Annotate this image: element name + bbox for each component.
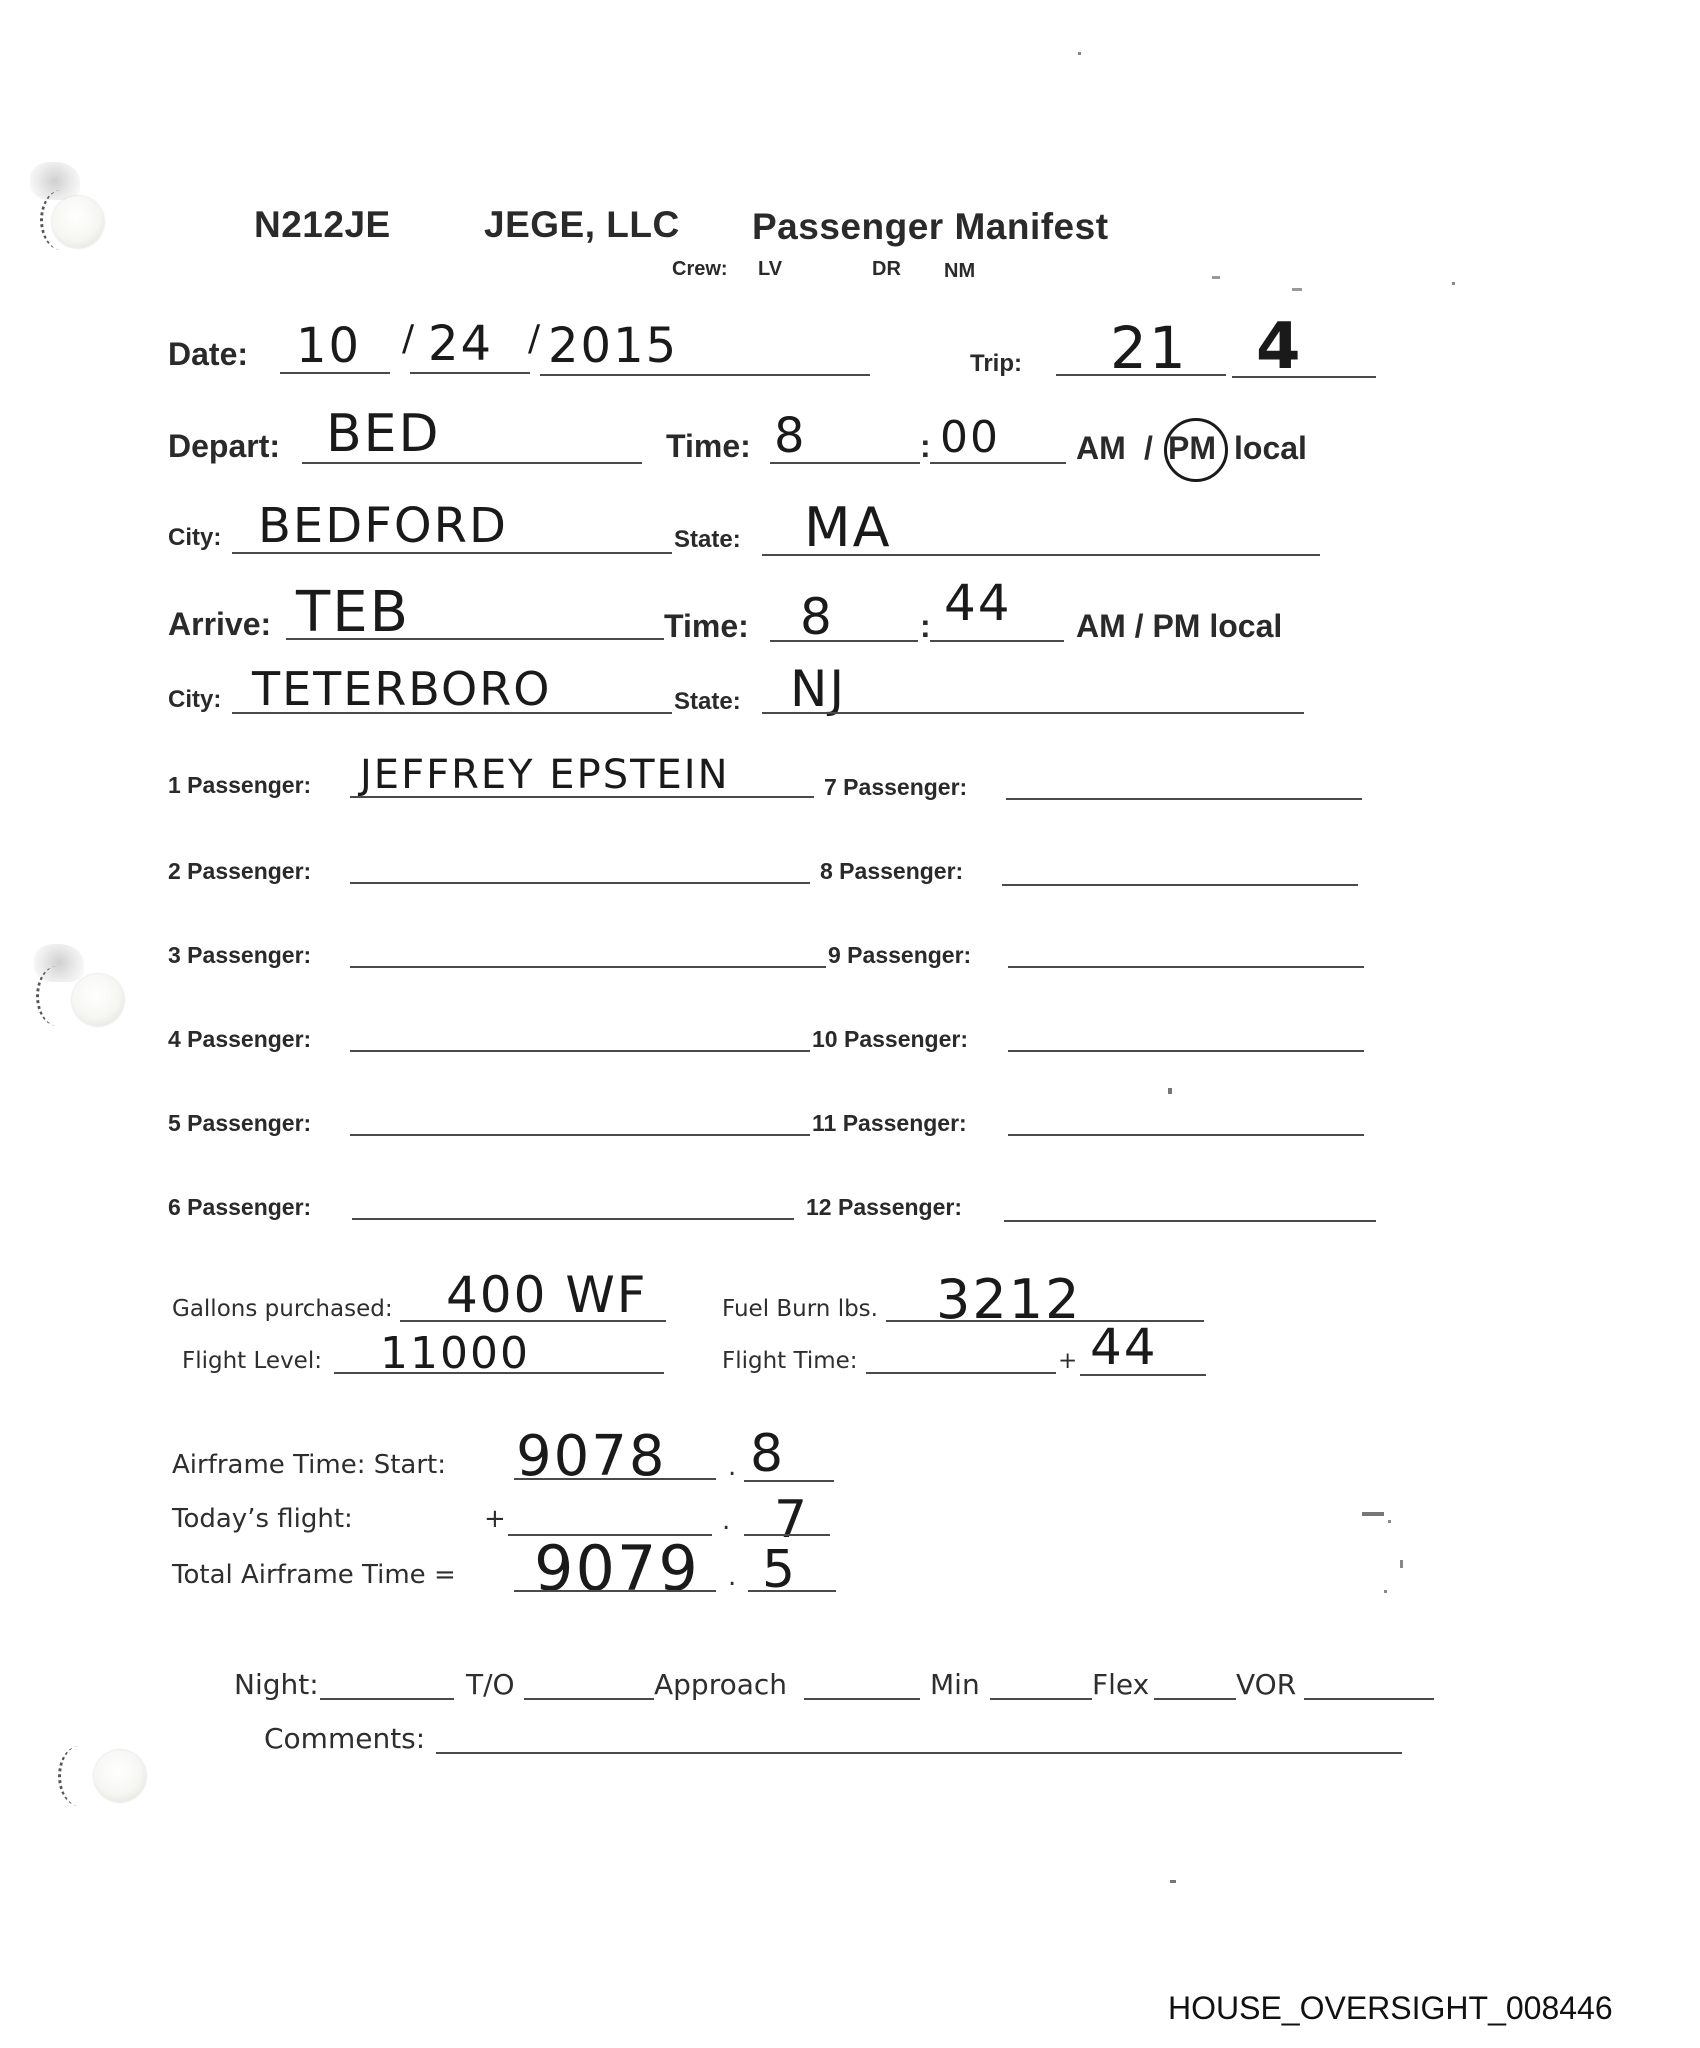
depart-label: Depart: xyxy=(168,428,280,465)
trip-label: Trip: xyxy=(970,350,1022,378)
takeoff-label: T/O xyxy=(466,1668,515,1701)
company-name: JEGE, LLC xyxy=(484,204,680,246)
arrive-airport[interactable]: TEB xyxy=(296,580,410,645)
crew-member: LV xyxy=(758,258,782,281)
arrive-ampm-label[interactable]: AM / PM local xyxy=(1076,608,1282,645)
depart-am-label[interactable]: AM xyxy=(1076,430,1126,467)
todays-flight-plus: + xyxy=(484,1504,506,1534)
airframe-start-tenths[interactable]: 8 xyxy=(750,1424,785,1484)
crew-member: NM xyxy=(944,260,975,283)
passenger-label: 4 Passenger: xyxy=(168,1026,311,1053)
pm-selected-circle xyxy=(1164,418,1228,482)
arrive-state-label: State: xyxy=(674,688,741,716)
flight-time-minutes[interactable]: 44 xyxy=(1090,1318,1158,1376)
punch-hole xyxy=(94,1750,146,1802)
form-title: Passenger Manifest xyxy=(752,206,1109,248)
punch-hole xyxy=(52,196,104,248)
total-airframe-label: Total Airframe Time = xyxy=(172,1560,456,1590)
depart-hour[interactable]: 8 xyxy=(774,408,807,464)
passenger-label: 2 Passenger: xyxy=(168,858,311,885)
date-year[interactable]: 2015 xyxy=(548,318,678,374)
night-label: Night: xyxy=(234,1668,319,1701)
passenger-label: 6 Passenger: xyxy=(168,1194,311,1221)
depart-airport[interactable]: BED xyxy=(326,404,441,464)
approach-field[interactable] xyxy=(804,1698,920,1700)
date-month[interactable]: 10 xyxy=(296,318,361,374)
depart-state-label: State: xyxy=(674,526,741,554)
flex-field[interactable] xyxy=(1154,1698,1236,1700)
flex-label: Flex xyxy=(1092,1668,1149,1701)
night-field[interactable] xyxy=(320,1698,454,1700)
punch-hole xyxy=(72,974,124,1026)
depart-minute[interactable]: 00 xyxy=(940,412,1000,463)
total-airframe-whole[interactable]: 9079 xyxy=(534,1532,700,1605)
passenger-label: 9 Passenger: xyxy=(828,942,971,969)
gallons-label: Gallons purchased: xyxy=(172,1296,393,1322)
airframe-start-label: Airframe Time: Start: xyxy=(172,1450,446,1480)
bates-number: HOUSE_OVERSIGHT_008446 xyxy=(1168,1990,1613,2027)
trip-number-part1[interactable]: 21 xyxy=(1110,314,1188,382)
date-label: Date: xyxy=(168,336,248,373)
passenger-label: 8 Passenger: xyxy=(820,858,963,885)
passenger-label: 7 Passenger: xyxy=(824,774,967,801)
crew-member: DR xyxy=(872,258,901,281)
passenger-label: 5 Passenger: xyxy=(168,1110,311,1137)
vor-label: VOR xyxy=(1236,1668,1296,1701)
depart-time-label: Time: xyxy=(666,428,751,465)
tail-number: N212JE xyxy=(254,204,391,246)
arrive-minute[interactable]: 44 xyxy=(944,574,1012,632)
crew-label: Crew: xyxy=(672,258,728,281)
vor-field[interactable] xyxy=(1304,1698,1434,1700)
arrive-time-label: Time: xyxy=(664,608,749,645)
fuel-burn-label: Fuel Burn lbs. xyxy=(722,1296,878,1322)
flight-time-label: Flight Time: xyxy=(722,1348,858,1374)
passenger-label: 1 Passenger: xyxy=(168,772,311,799)
comments-field[interactable] xyxy=(436,1752,1402,1754)
passenger-label: 11 Passenger: xyxy=(812,1110,967,1137)
gallons-purchased[interactable]: 400 WF xyxy=(446,1266,648,1324)
min-label: Min xyxy=(930,1668,980,1701)
date-day[interactable]: 24 xyxy=(428,316,493,372)
trip-number-part2[interactable]: 4 xyxy=(1256,310,1303,384)
approach-label: Approach xyxy=(654,1668,787,1701)
depart-state[interactable]: MA xyxy=(804,496,892,559)
arrive-hour[interactable]: 8 xyxy=(800,588,834,646)
passenger-label: 3 Passenger: xyxy=(168,942,311,969)
depart-local-label: local xyxy=(1234,430,1307,467)
arrive-label: Arrive: xyxy=(168,606,271,643)
todays-flight-label: Today’s flight: xyxy=(172,1504,353,1534)
passenger-label: 10 Passenger: xyxy=(812,1026,968,1053)
passenger-label: 12 Passenger: xyxy=(806,1194,962,1221)
depart-city[interactable]: BEDFORD xyxy=(258,498,508,554)
depart-city-label: City: xyxy=(168,524,221,552)
min-field[interactable] xyxy=(990,1698,1092,1700)
arrive-state[interactable]: NJ xyxy=(790,660,846,718)
flight-time-plus: + xyxy=(1058,1348,1077,1374)
passenger-name[interactable]: JEFFREY EPSTEIN xyxy=(360,752,730,798)
comments-label: Comments: xyxy=(264,1722,425,1755)
arrive-city[interactable]: TETERBORO xyxy=(252,662,551,716)
flight-level-label: Flight Level: xyxy=(182,1348,322,1374)
takeoff-field[interactable] xyxy=(524,1698,654,1700)
arrive-city-label: City: xyxy=(168,686,221,714)
